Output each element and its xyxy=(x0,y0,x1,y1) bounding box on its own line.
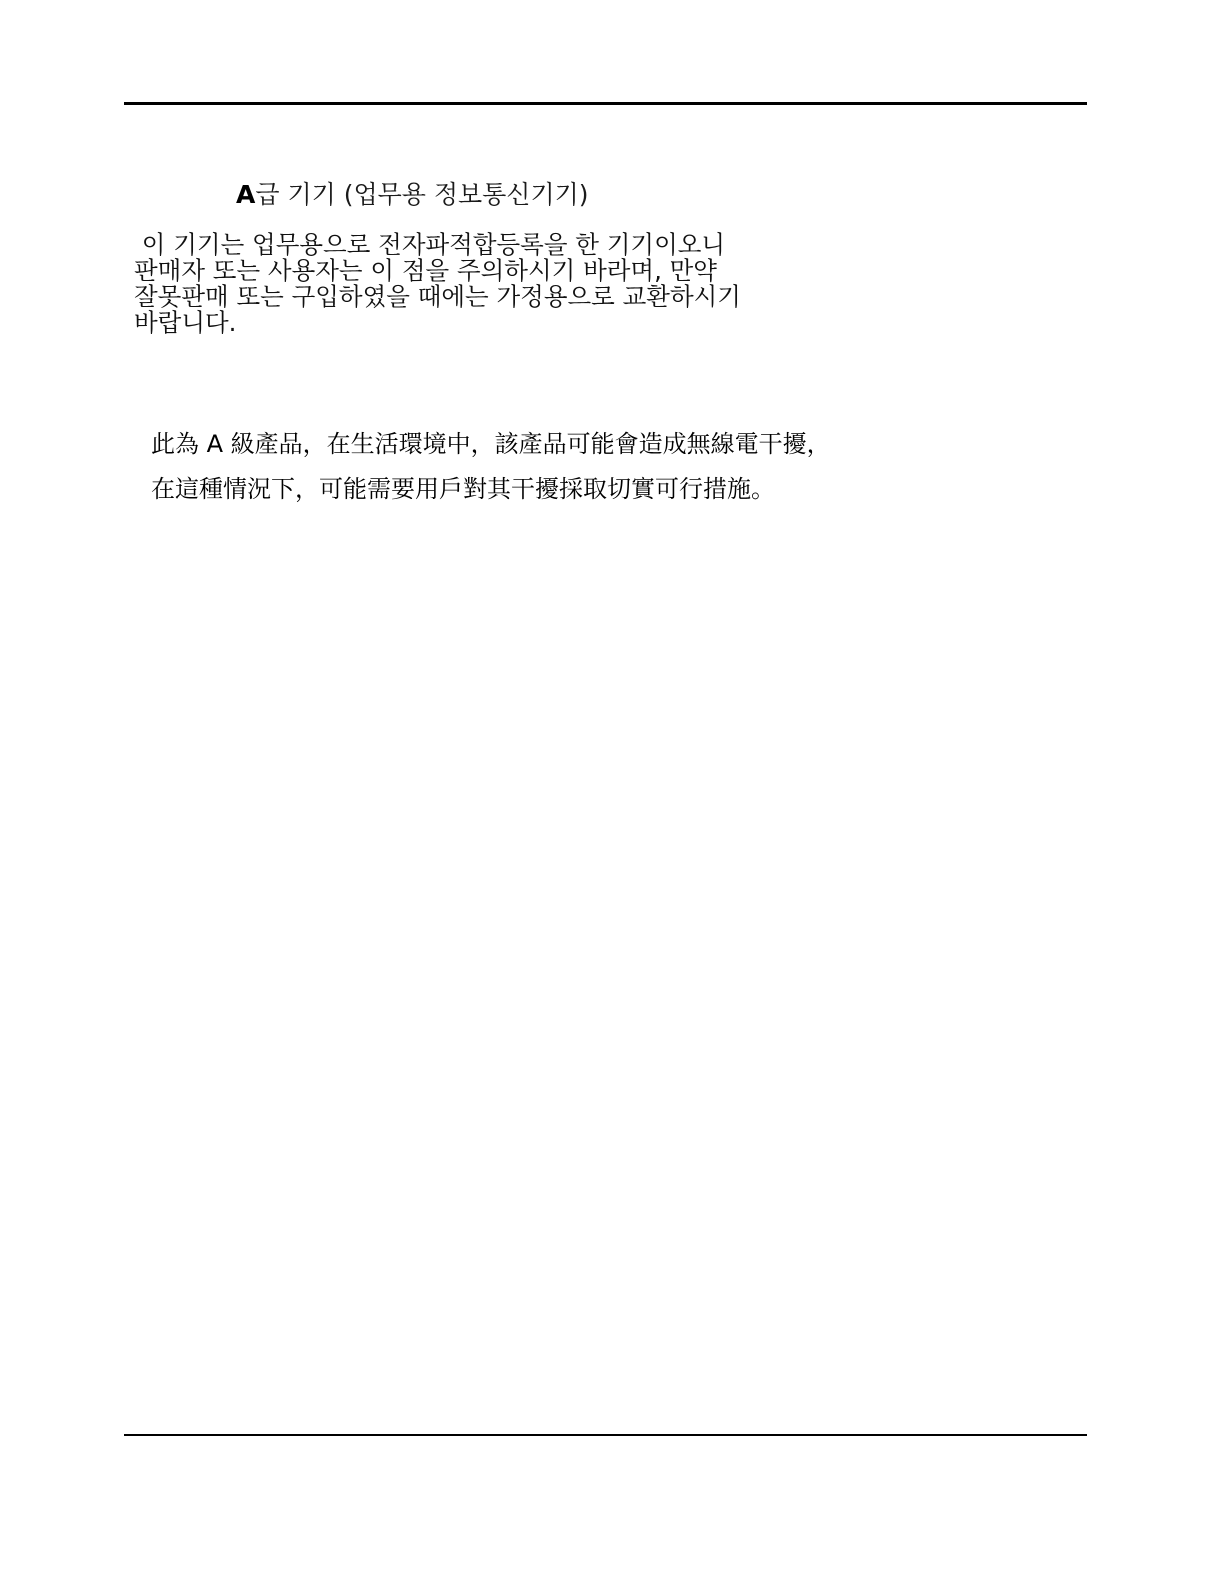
chinese-notice-line: 此為 A 級產品，在生活環境中，該產品可能會造成無線電干擾， xyxy=(151,422,831,467)
korean-notice-title: A급 기기 (업무용 정보통신기기) xyxy=(236,178,589,212)
korean-notice-line: 잘못판매 또는 구입하였을 때에는 가정용으로 교환하시기 xyxy=(134,284,741,310)
korean-notice-line: 바랍니다. xyxy=(134,310,741,336)
korean-notice-body: 이 기기는 업무용으로 전자파적합등록을 한 기기이오니 판매자 또는 사용자는… xyxy=(134,232,741,336)
footer-rule xyxy=(124,1434,1087,1436)
device-class-label: A xyxy=(236,180,255,209)
header-rule xyxy=(124,102,1087,105)
korean-notice-title-text: 급 기기 (업무용 정보통신기기) xyxy=(255,180,588,209)
chinese-notice-body: 此為 A 級產品，在生活環境中，該產品可能會造成無線電干擾， 在這種情況下，可能… xyxy=(151,422,831,512)
chinese-notice-line: 在這種情況下，可能需要用戶對其干擾採取切實可行措施。 xyxy=(151,467,831,512)
korean-notice-line: 이 기기는 업무용으로 전자파적합등록을 한 기기이오니 xyxy=(134,232,741,258)
korean-notice-line: 판매자 또는 사용자는 이 점을 주의하시기 바라며, 만약 xyxy=(134,258,741,284)
